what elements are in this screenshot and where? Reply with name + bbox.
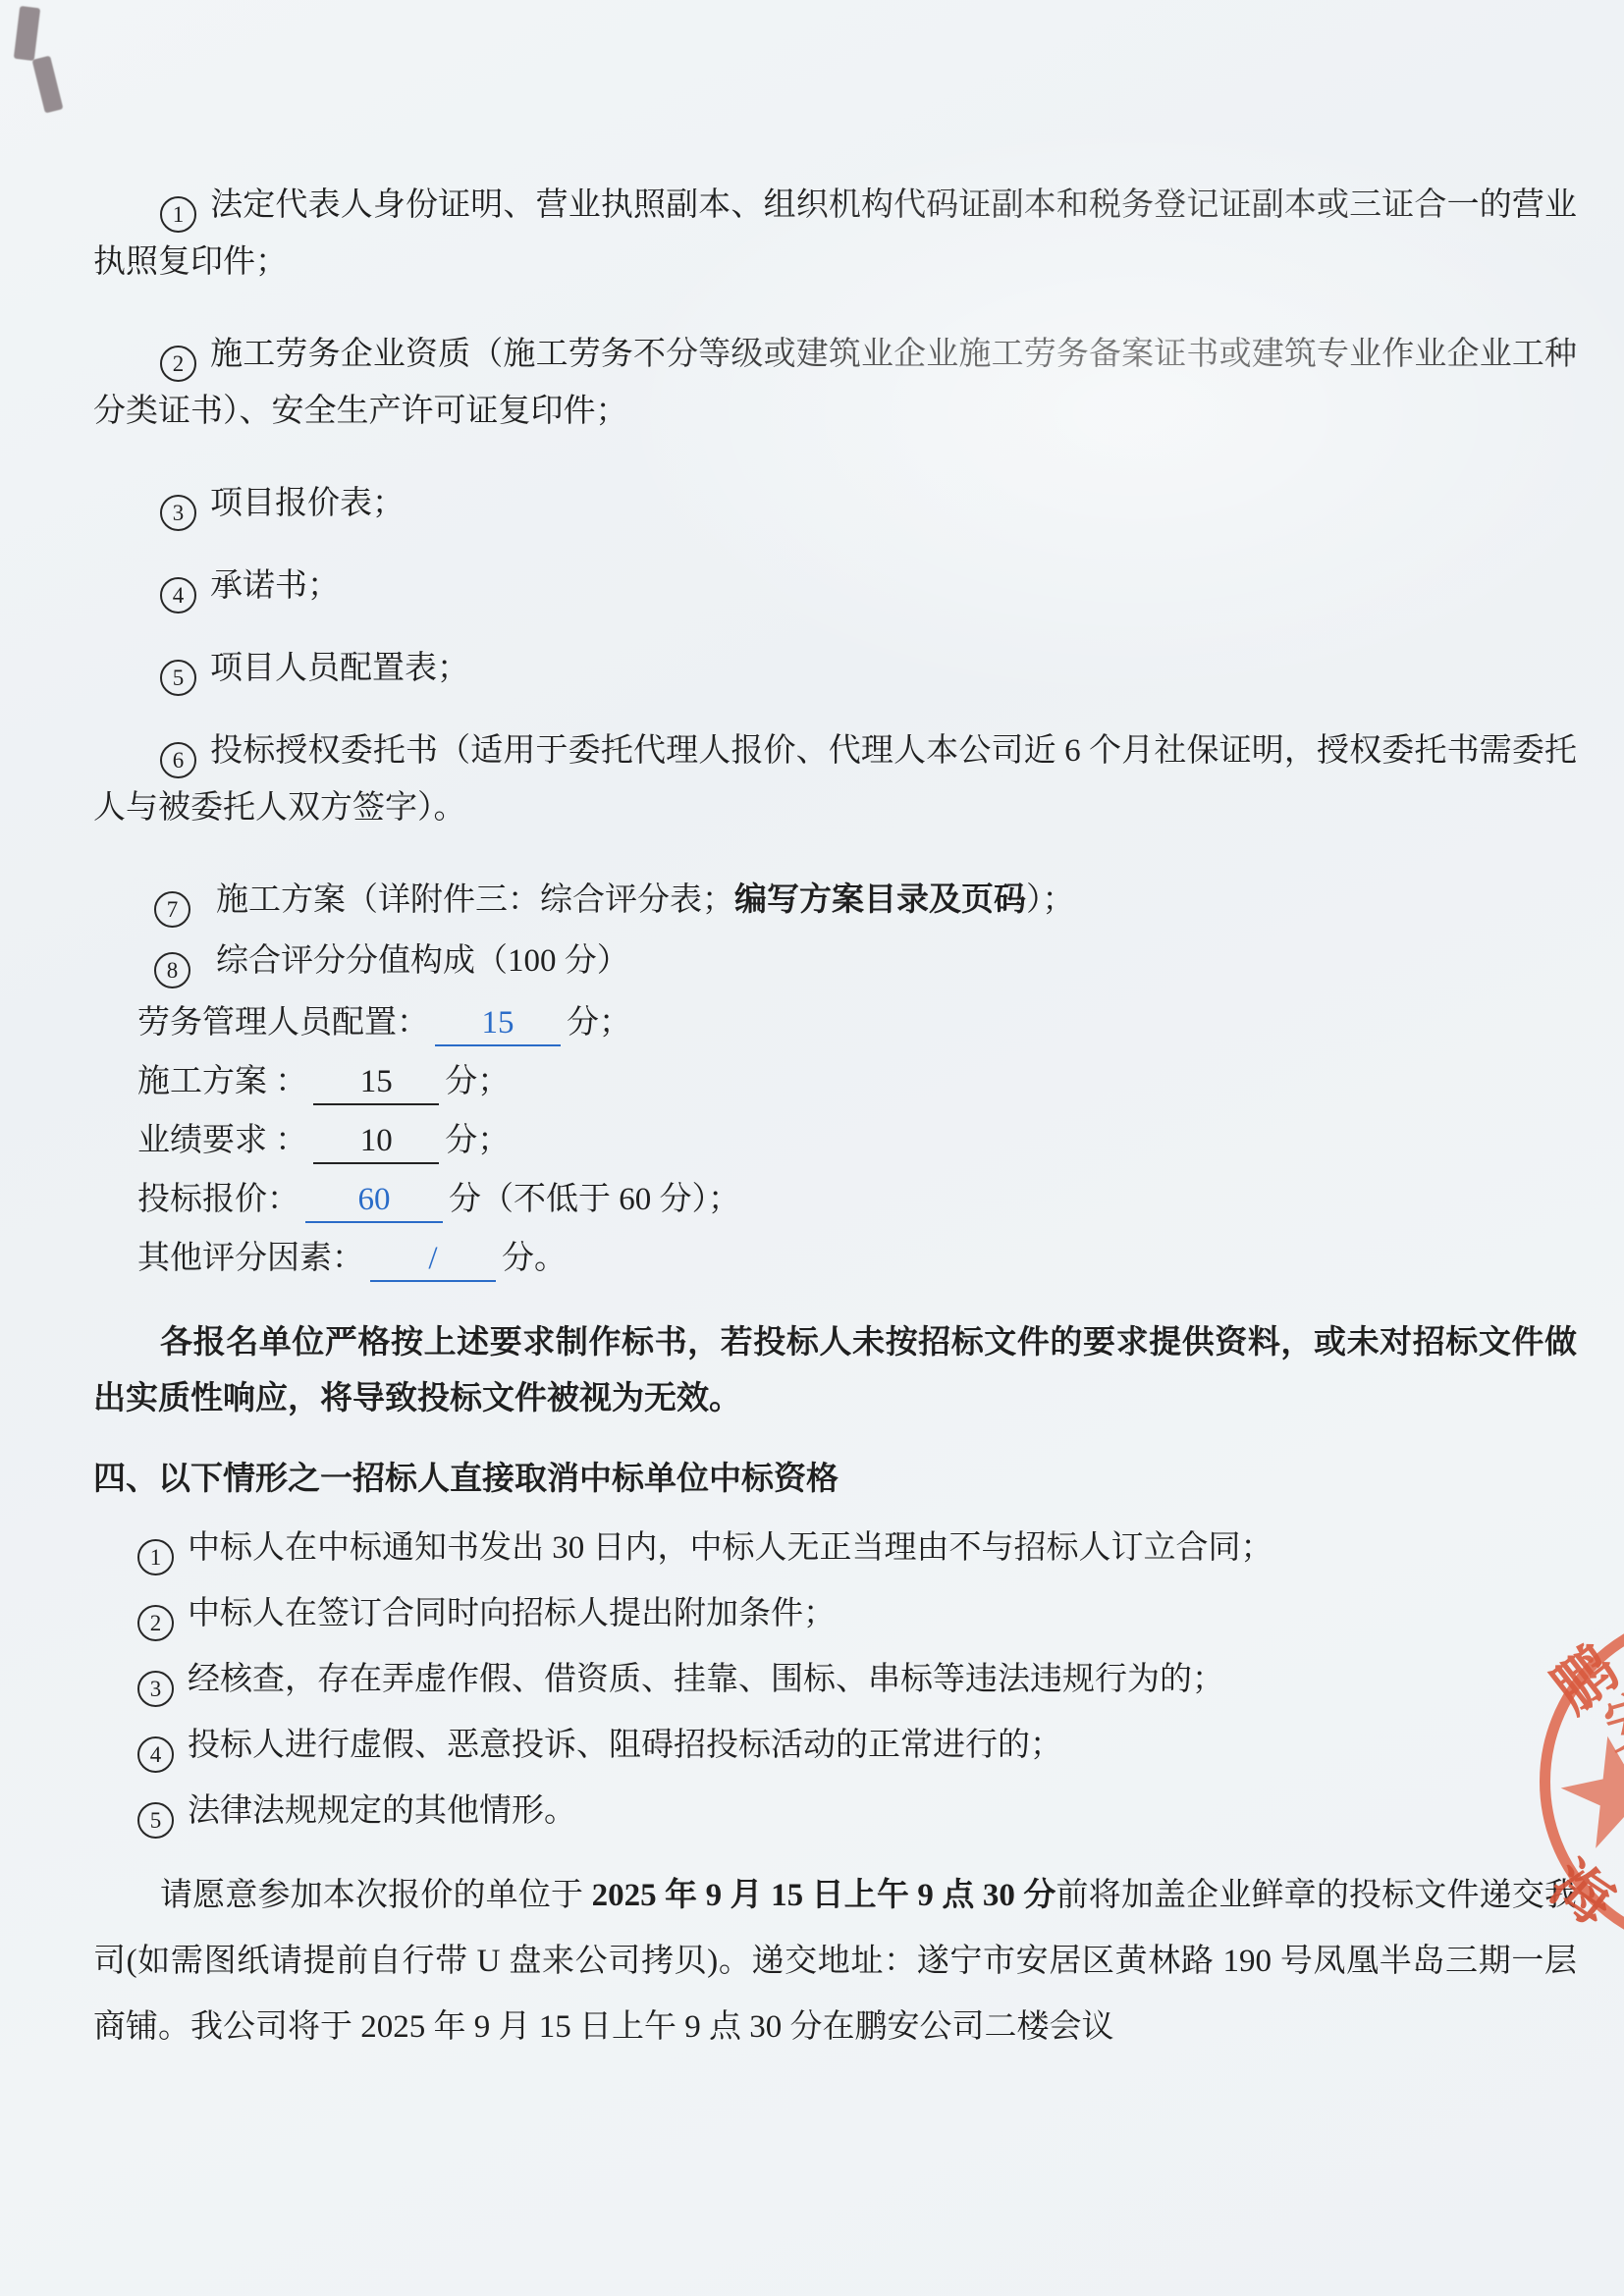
list-item-2: 2施工劳务企业资质（施工劳务不分等级或建筑业企业施工劳务备案证书或建筑专业作业企… bbox=[93, 326, 1577, 440]
section4-item-2-text: 中标人在签订合同时向招标人提出附加条件； bbox=[188, 1596, 836, 1631]
list-item-4-text: 承诺书； bbox=[210, 568, 340, 604]
list-item-6: 6投标授权委托书（适用于委托代理人报价、代理人本公司近 6 个月社保证明，授权委… bbox=[93, 722, 1577, 836]
list-item-7-bold-text: 编写方案目录及页码 bbox=[734, 882, 1026, 918]
circled-number-1: 1 bbox=[160, 196, 196, 233]
list-item-8: 8综合评分分值构成（100 分） bbox=[93, 933, 1577, 989]
score-suffix: 分； bbox=[445, 1064, 510, 1099]
section4-item-5: 5法律法规规定的其他情形。 bbox=[93, 1783, 1577, 1840]
score-row-other-factors: 其他评分因素：/分。 bbox=[93, 1229, 1577, 1288]
list-item-7: 7施工方案（详附件三：综合评分表；编写方案目录及页码）； bbox=[93, 872, 1577, 929]
score-suffix: 分； bbox=[445, 1123, 510, 1158]
circled-number-3: 3 bbox=[160, 495, 196, 531]
list-item-8-text: 综合评分分值构成（100 分） bbox=[216, 943, 629, 979]
circled-number-5: 5 bbox=[137, 1802, 174, 1839]
scan-artifact-mark bbox=[14, 6, 40, 61]
circled-number-1: 1 bbox=[137, 1539, 174, 1575]
score-value-underline: 15 bbox=[313, 1060, 439, 1105]
scan-artifact-mark bbox=[32, 56, 64, 114]
score-value-underline: 15 bbox=[435, 1001, 561, 1046]
score-value-underline: 60 bbox=[305, 1178, 443, 1223]
score-label: 其他评分因素： bbox=[137, 1241, 364, 1276]
list-item-1: 1法定代表人身份证明、营业执照副本、组织机构代码证副本和税务登记证副本或三证合一… bbox=[93, 177, 1577, 291]
circled-number-2: 2 bbox=[137, 1605, 174, 1641]
circled-number-6: 6 bbox=[160, 742, 196, 778]
list-item-3-text: 项目报价表； bbox=[210, 486, 405, 521]
score-value-underline: / bbox=[370, 1237, 496, 1282]
score-row-bid-price: 投标报价：60分（不低于 60 分）； bbox=[93, 1170, 1577, 1229]
list-item-5: 5项目人员配置表； bbox=[93, 640, 1577, 697]
section4-item-4-text: 投标人进行虚假、恶意投诉、阻碍招投标活动的正常进行的； bbox=[188, 1728, 1062, 1763]
circled-number-7: 7 bbox=[154, 891, 190, 928]
circled-number-2: 2 bbox=[160, 346, 196, 382]
section4-item-4: 4投标人进行虚假、恶意投诉、阻碍招投标活动的正常进行的； bbox=[93, 1717, 1577, 1774]
section4-item-3-text: 经核查，存在弄虚作假、借资质、挂靠、围标、串标等违法违规行为的； bbox=[188, 1662, 1224, 1697]
score-suffix: 分。 bbox=[502, 1241, 567, 1276]
score-label: 投标报价： bbox=[137, 1182, 299, 1217]
list-item-6-text: 投标授权委托书（适用于委托代理人报价、代理人本公司近 6 个月社保证明，授权委托… bbox=[93, 733, 1577, 826]
score-label: 业绩要求 ： bbox=[137, 1123, 307, 1158]
section4-item-2: 2中标人在签订合同时向招标人提出附加条件； bbox=[93, 1585, 1577, 1642]
circled-number-4: 4 bbox=[160, 577, 196, 614]
score-row-labor-management: 劳务管理人员配置：15分； bbox=[93, 993, 1577, 1052]
list-item-1-text: 法定代表人身份证明、营业执照副本、组织机构代码证副本和税务登记证副本或三证合一的… bbox=[93, 187, 1577, 280]
list-item-7-text: 施工方案（详附件三：综合评分表； bbox=[216, 882, 734, 918]
scanned-document-page: 1法定代表人身份证明、营业执照副本、组织机构代码证副本和税务登记证副本或三证合一… bbox=[0, 0, 1624, 2296]
score-suffix: 分（不低于 60 分）； bbox=[449, 1182, 740, 1217]
section4-item-1-text: 中标人在中标通知书发出 30 日内，中标人无正当理由不与招标人订立合同； bbox=[188, 1530, 1273, 1566]
list-item-3: 3项目报价表； bbox=[93, 475, 1577, 532]
section4-item-5-text: 法律法规规定的其他情形。 bbox=[188, 1793, 576, 1829]
list-item-2-text: 施工劳务企业资质（施工劳务不分等级或建筑业企业施工劳务备案证书或建筑专业作业企业… bbox=[93, 337, 1577, 429]
circled-number-4: 4 bbox=[137, 1736, 174, 1773]
score-suffix: 分； bbox=[567, 1005, 631, 1041]
section-4-heading: 四、以下情形之一招标人直接取消中标单位中标资格 bbox=[93, 1457, 1577, 1502]
circled-number-3: 3 bbox=[137, 1671, 174, 1707]
section4-item-1: 1中标人在中标通知书发出 30 日内，中标人无正当理由不与招标人订立合同； bbox=[93, 1520, 1577, 1576]
score-row-performance: 业绩要求 ：10分； bbox=[93, 1111, 1577, 1170]
score-value-underline: 10 bbox=[313, 1119, 439, 1164]
score-label: 施工方案 ： bbox=[137, 1064, 307, 1099]
seal-character: 安 bbox=[1594, 1668, 1624, 1765]
list-item-5-text: 项目人员配置表； bbox=[210, 651, 469, 686]
score-label: 劳务管理人员配置： bbox=[137, 1005, 429, 1041]
circled-number-8: 8 bbox=[154, 952, 190, 988]
section4-item-3: 3经核查，存在弄虚作假、借资质、挂靠、围标、串标等违法违规行为的； bbox=[93, 1651, 1577, 1708]
list-item-7-tail: ）； bbox=[1026, 882, 1075, 918]
closing-deadline-bold: 2025 年 9 月 15 日上午 9 点 30 分 bbox=[592, 1878, 1056, 1913]
closing-text-start: 请愿意参加本次报价的单位于 bbox=[160, 1878, 592, 1913]
list-item-4: 4承诺书； bbox=[93, 558, 1577, 614]
closing-paragraph: 请愿意参加本次报价的单位于 2025 年 9 月 15 日上午 9 点 30 分… bbox=[93, 1863, 1577, 2060]
circled-number-5: 5 bbox=[160, 660, 196, 696]
warning-paragraph: 各报名单位严格按上述要求制作标书，若投标人未按招标文件的要求提供资料，或未对招标… bbox=[93, 1315, 1577, 1427]
score-row-construction-plan: 施工方案 ：15分； bbox=[93, 1052, 1577, 1111]
